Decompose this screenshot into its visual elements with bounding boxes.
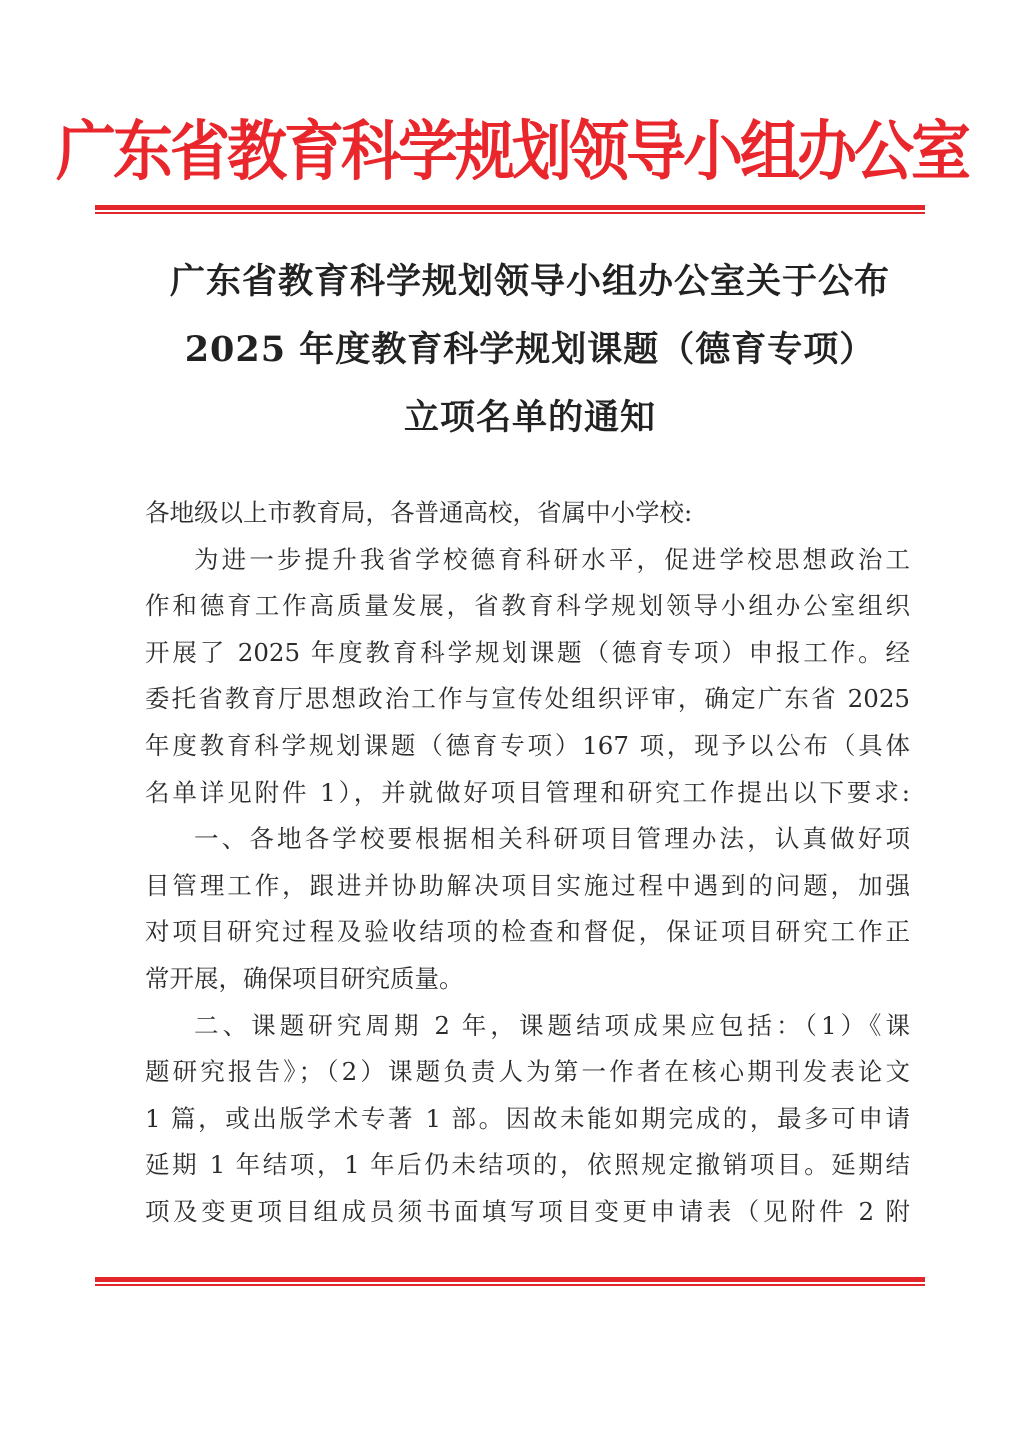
body-line: 一、各地各学校要根据相关科研项目管理办法，认真做好项 bbox=[145, 816, 910, 863]
body-line: 作和德育工作高质量发展，省教育科学规划领导小组办公室组织 bbox=[145, 583, 910, 630]
document-body: 各地级以上市教育局，各普通高校，省属中小学校: 为进一步提升我省学校德育科研水平… bbox=[145, 490, 910, 1236]
body-line: 年度教育科学规划课题（德育专项）167 项，现予以公布（具体 bbox=[145, 723, 910, 770]
body-line: 开展了 2025 年度教育科学规划课题（德育专项）申报工作。经 bbox=[145, 630, 910, 677]
salutation: 各地级以上市教育局，各普通高校，省属中小学校: bbox=[145, 490, 910, 537]
body-line: 为进一步提升我省学校德育科研水平，促进学校思想政治工 bbox=[145, 537, 910, 584]
title-line-3: 立项名单的通知 bbox=[100, 384, 960, 452]
body-line: 二、课题研究周期 2 年，课题结项成果应包括：（1）《课 bbox=[145, 1003, 910, 1050]
document-title: 广东省教育科学规划领导小组办公室关于公布 2025 年度教育科学规划课题（德育专… bbox=[100, 248, 960, 452]
body-line: 对项目研究过程及验收结项的检查和督促，保证项目研究工作正 bbox=[145, 909, 910, 956]
body-line: 目管理工作，跟进并协助解决项目实施过程中遇到的问题，加强 bbox=[145, 863, 910, 910]
body-line: 延期 1 年结项，1 年后仍未结项的，依照规定撤销项目。延期结 bbox=[145, 1142, 910, 1189]
title-line-2: 2025 年度教育科学规划课题（德育专项） bbox=[100, 316, 960, 384]
title-line-1: 广东省教育科学规划领导小组办公室关于公布 bbox=[100, 248, 960, 316]
body-line: 1 篇，或出版学术专著 1 部。因故未能如期完成的，最多可申请 bbox=[145, 1096, 910, 1143]
footer-divider bbox=[95, 1277, 925, 1286]
body-line: 项及变更项目组成员须书面填写项目变更申请表（见附件 2 附 bbox=[145, 1189, 910, 1236]
body-line: 题研究报告》；（2）课题负责人为第一作者在核心期刊发表论文 bbox=[145, 1049, 910, 1096]
body-line: 常开展，确保项目研究质量。 bbox=[145, 956, 910, 1003]
body-line: 名单详见附件 1），并就做好项目管理和研究工作提出以下要求: bbox=[145, 770, 910, 817]
header-divider bbox=[95, 205, 925, 214]
body-line: 委托省教育厅思想政治工作与宣传处组织评审，确定广东省 2025 bbox=[145, 676, 910, 723]
masthead-org-name: 广东省教育科学规划领导小组办公室 bbox=[0, 109, 1024, 195]
